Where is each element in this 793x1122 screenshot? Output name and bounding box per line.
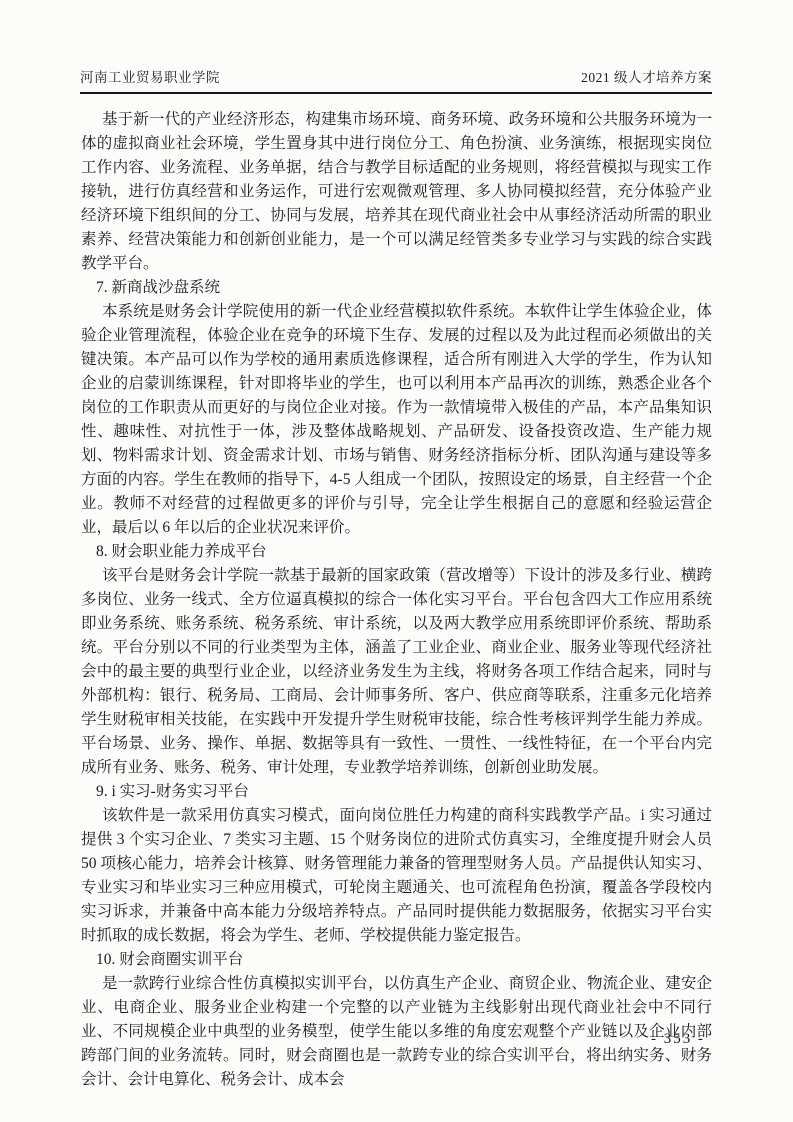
page-header: 河南工业贸易职业学院 2021 级人才培养方案	[80, 66, 712, 94]
document-body: 基于新一代的产业经济形态，构建集市场环境、商务环境、政务环境和公共服务环境为一体…	[81, 108, 712, 1092]
paragraph-section-8: 该平台是财务会计学院一款基于最新的国家政策（营改增等）下设计的涉及多行业、横跨多…	[81, 564, 712, 780]
paragraph-section-10: 是一款跨行业综合性仿真模拟实训平台，以仿真生产企业、商贸企业、物流企业、建安企业…	[81, 972, 712, 1092]
header-plan-title: 2021 级人才培养方案	[581, 66, 712, 86]
heading-section-7: 7. 新商战沙盘系统	[81, 276, 712, 300]
header-school-name: 河南工业贸易职业学院	[80, 66, 220, 86]
heading-section-9: 9. i 实习-财务实习平台	[81, 780, 712, 804]
heading-section-8: 8. 财会职业能力养成平台	[81, 540, 712, 564]
document-page: 河南工业贸易职业学院 2021 级人才培养方案 基于新一代的产业经济形态，构建集…	[0, 0, 793, 1122]
page-number: - 353 -	[651, 1031, 705, 1048]
paragraph-section-9: 该软件是一款采用仿真实习模式，面向岗位胜任力构建的商科实践教学产品。i 实习通过…	[81, 804, 712, 948]
paragraph-section-7: 本系统是财务会计学院使用的新一代企业经营模拟软件系统。本软件让学生体验企业，体验…	[81, 300, 712, 540]
heading-section-10: 10. 财会商圈实训平台	[81, 948, 712, 972]
paragraph-intro: 基于新一代的产业经济形态，构建集市场环境、商务环境、政务环境和公共服务环境为一体…	[81, 108, 712, 276]
